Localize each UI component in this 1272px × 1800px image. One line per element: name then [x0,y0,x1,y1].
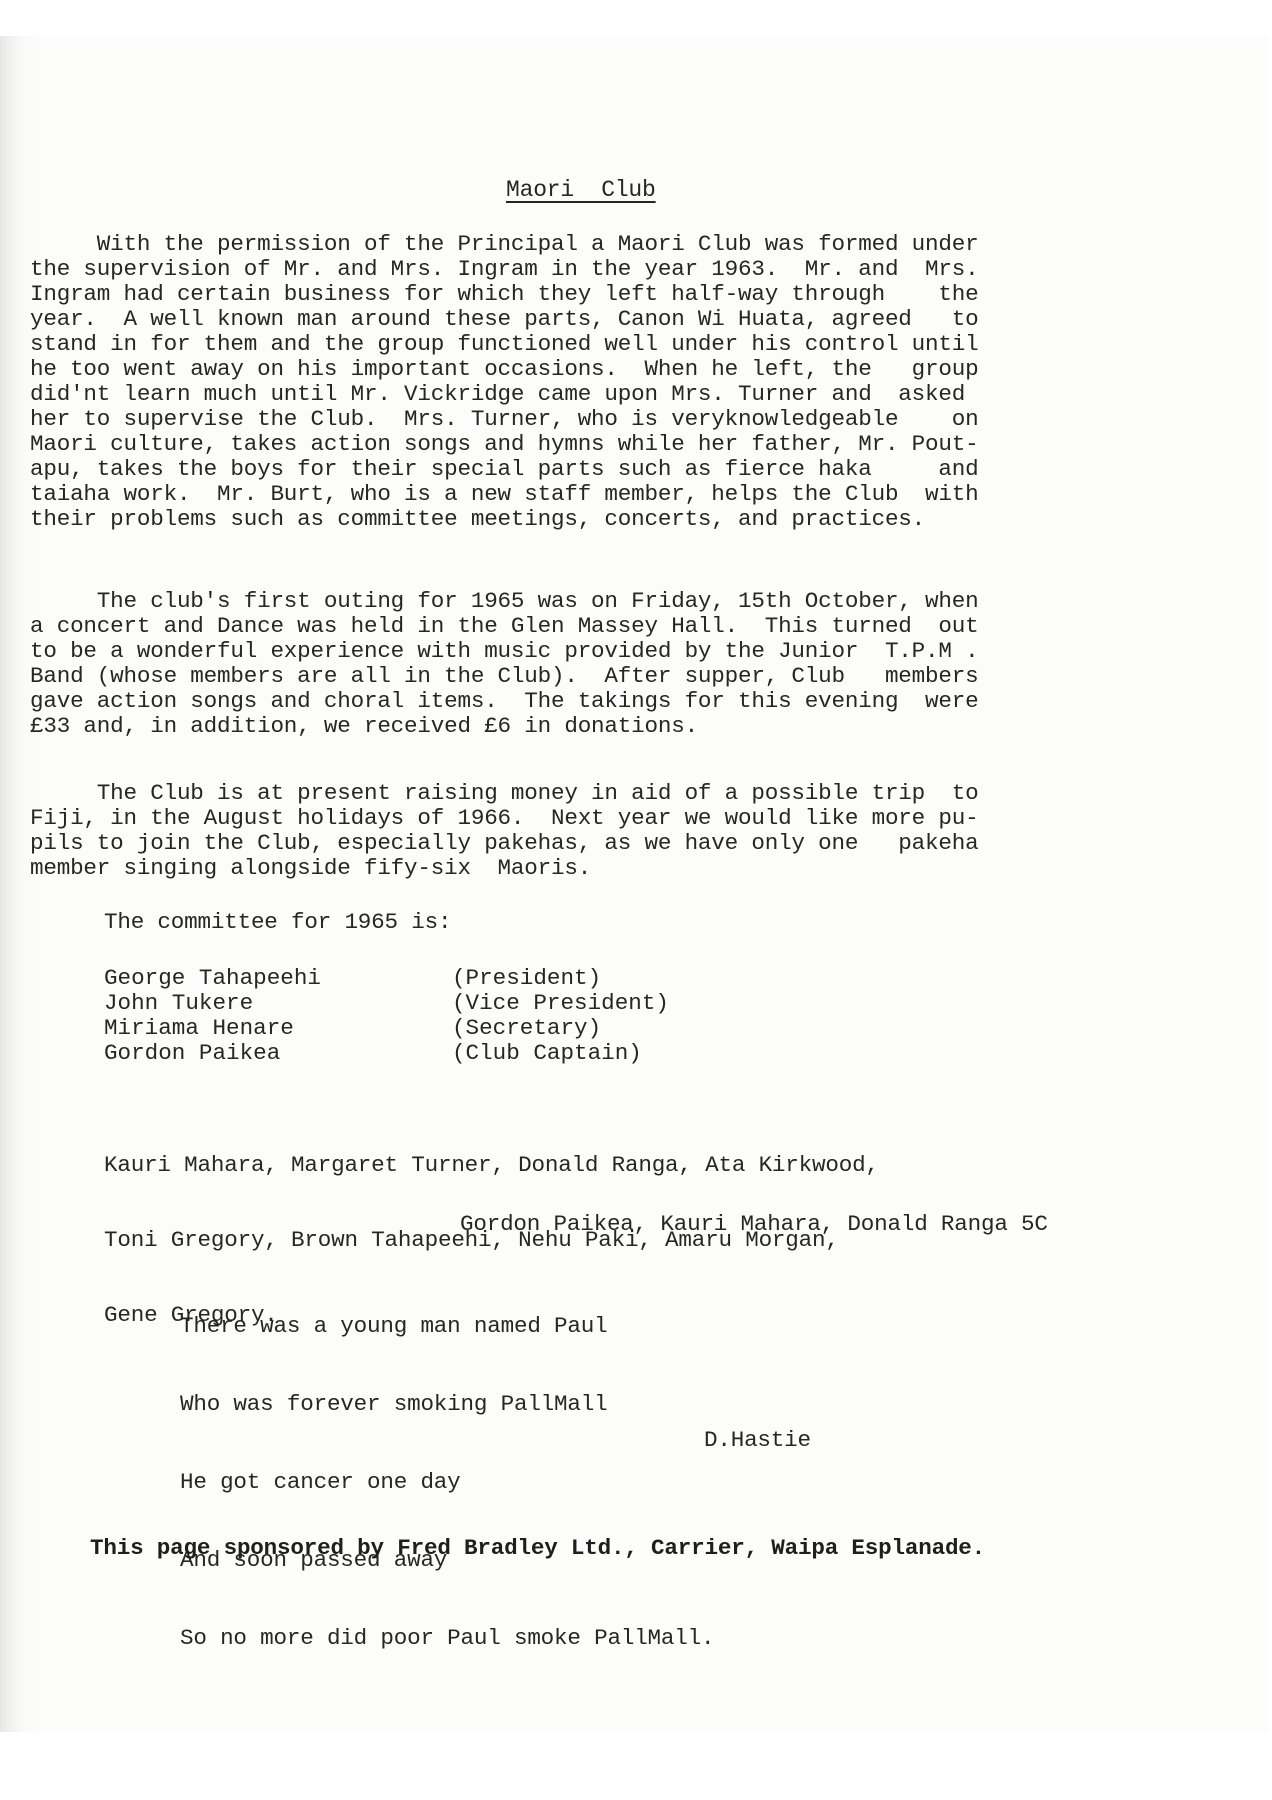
limerick-poem: There was a young man named Paul Who was… [180,1261,714,1703]
committee-row: Gordon Paikea (Club Captain) [104,1041,669,1066]
text-line: Maori culture, takes action songs and hy… [30,432,1200,457]
text-line: did'nt learn much until Mr. Vickridge ca… [30,382,1200,407]
text-line: taiaha work. Mr. Burt, who is a new staf… [30,482,1200,507]
poem-author: D.Hastie [704,1428,811,1453]
text-line: member singing alongside fify-six Maoris… [30,856,1200,881]
committee-name: George Tahapeehi [104,966,452,991]
committee-role: (Club Captain) [452,1041,642,1066]
committee-row: George Tahapeehi (President) [104,966,669,991]
text-line: to be a wonderful experience with music … [30,639,1200,664]
text-line: Kauri Mahara, Margaret Turner, Donald Ra… [104,1153,879,1178]
committee-name: Miriama Henare [104,1016,452,1041]
committee-role: (President) [452,966,601,991]
committee-name: Gordon Paikea [104,1041,452,1066]
text-line: Band (whose members are all in the Club)… [30,664,1200,689]
text-line: stand in for them and the group function… [30,332,1200,357]
text-line: gave action songs and choral items. The … [30,689,1200,714]
paragraph-first-outing: The club's first outing for 1965 was on … [30,589,1200,739]
text-line: The club's first outing for 1965 was on … [30,589,1200,614]
text-line: he too went away on his important occasi… [30,357,1200,382]
text-line: pils to join the Club, especially pakeha… [30,831,1200,856]
text-line: the supervision of Mr. and Mrs. Ingram i… [30,257,1200,282]
scanned-page: Maori Club With the permission of the Pr… [0,36,1268,1732]
paragraph-fiji-trip: The Club is at present raising money in … [30,781,1200,881]
committee-list: George Tahapeehi (President) John Tukere… [104,966,669,1066]
poem-line: Who was forever smoking PallMall [180,1391,714,1417]
text-line: With the permission of the Principal a M… [30,232,1200,257]
committee-role: (Vice President) [452,991,669,1016]
poem-line: He got cancer one day [180,1469,714,1495]
committee-row: Miriama Henare (Secretary) [104,1016,669,1041]
text-line: her to supervise the Club. Mrs. Turner, … [30,407,1200,432]
text-line: their problems such as committee meeting… [30,507,1200,532]
paragraph-club-history: With the permission of the Principal a M… [30,232,1200,532]
committee-name: John Tukere [104,991,452,1016]
committee-role: (Secretary) [452,1016,601,1041]
text-line: Fiji, in the August holidays of 1966. Ne… [30,806,1200,831]
page-title: Maori Club [506,178,656,203]
poem-line: There was a young man named Paul [180,1313,714,1339]
sponsor-note: This page sponsored by Fred Bradley Ltd.… [90,1536,985,1561]
text-line: The Club is at present raising money in … [30,781,1200,806]
text-line: Ingram had certain business for which th… [30,282,1200,307]
poem-line: So no more did poor Paul smoke PallMall. [180,1625,714,1651]
text-line: apu, takes the boys for their special pa… [30,457,1200,482]
text-line: a concert and Dance was held in the Glen… [30,614,1200,639]
text-line: £33 and, in addition, we received £6 in … [30,714,1200,739]
committee-row: John Tukere (Vice President) [104,991,669,1016]
article-authors: Gordon Paikea, Kauri Mahara, Donald Rang… [460,1212,1048,1237]
committee-heading: The committee for 1965 is: [104,910,451,935]
text-line: year. A well known man around these part… [30,307,1200,332]
